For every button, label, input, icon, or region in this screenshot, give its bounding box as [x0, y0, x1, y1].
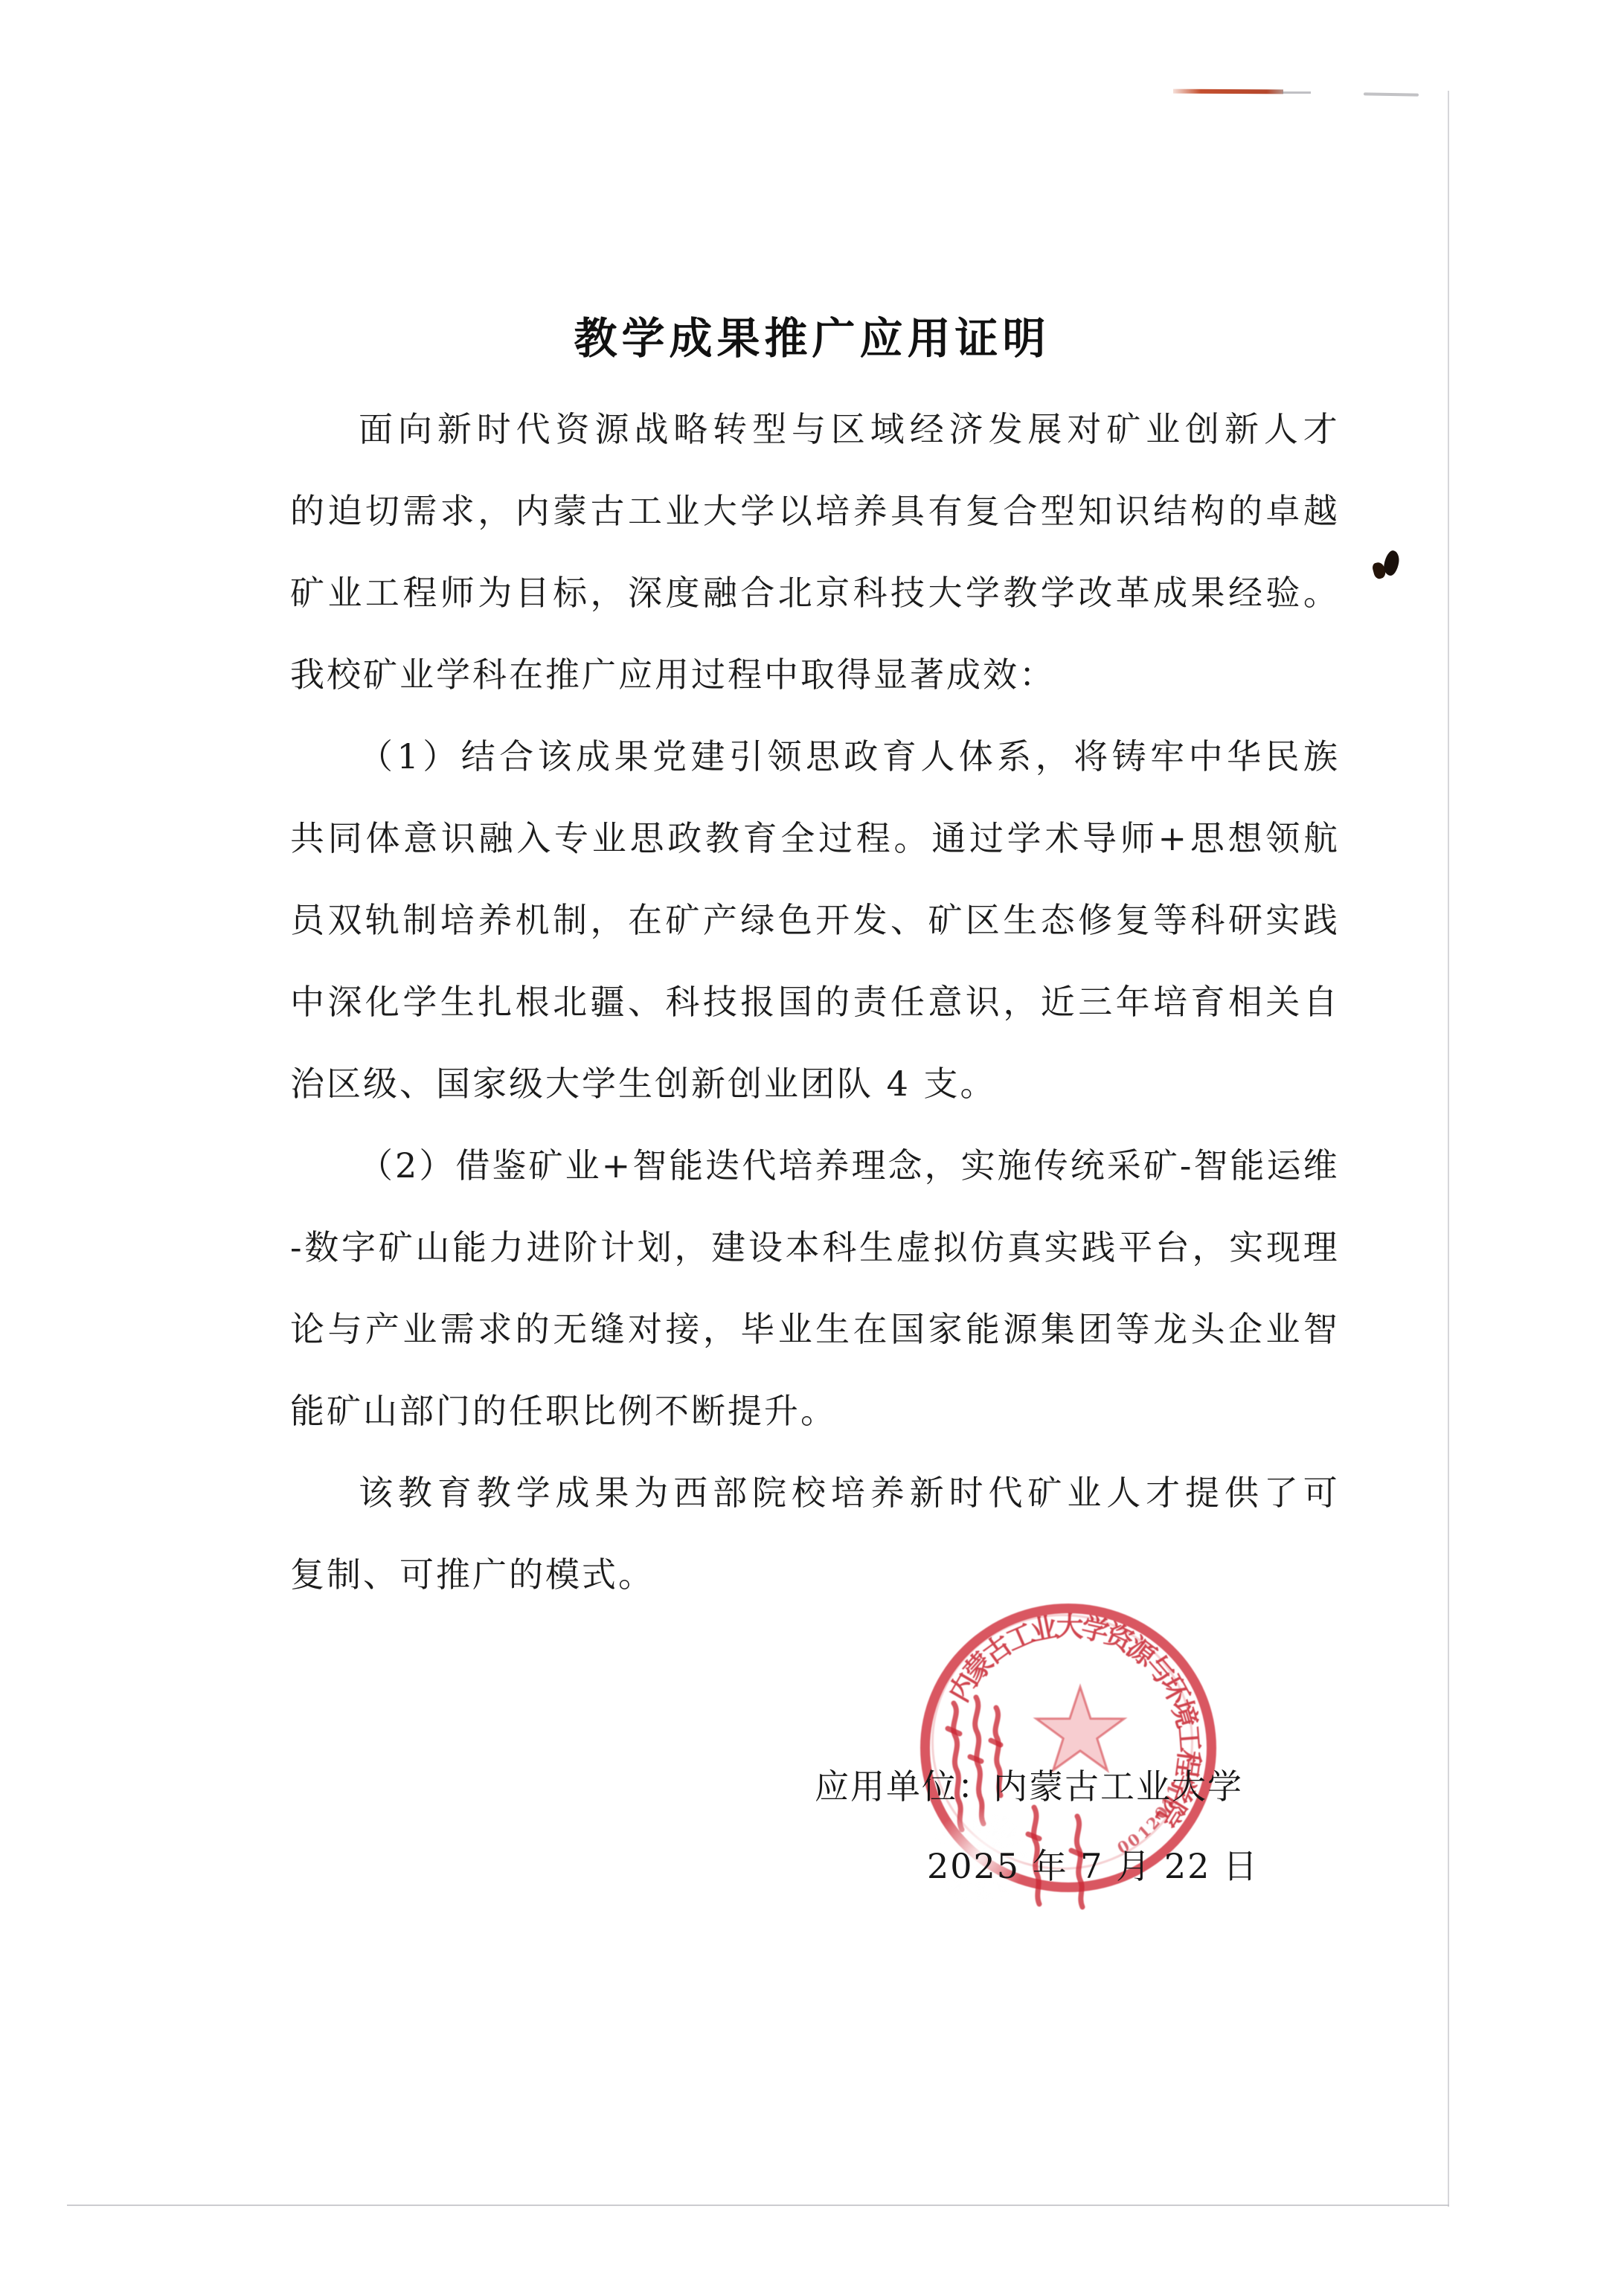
scanned-certificate-page: 教学成果推广应用证明 面向新时代资源战略转型与区域经济发展对矿业创新人才的迫切需…: [0, 0, 1624, 2296]
body-line: 的迫切需求，内蒙古工业大学以培养具有复合型知识结构的卓越: [290, 492, 1338, 530]
body-line: 共同体意识融入专业思政教育全过程。通过学术导师+思想领航: [290, 820, 1338, 858]
document-title: 教学成果推广应用证明: [0, 303, 1624, 366]
body-line: （2）借鉴矿业+智能迭代培养理念，实施传统采矿-智能运维: [359, 1147, 1338, 1185]
signature-date: 2025 年 7 月 22 日: [927, 1839, 1259, 1888]
body-line: 矿业工程师为目标，深度融合北京科技大学教学改革成果经验。: [290, 574, 1338, 612]
ink-speck: [1382, 550, 1401, 577]
body-line: 我校矿业学科在推广应用过程中取得显著成效：: [290, 656, 1338, 694]
body-line: 论与产业需求的无缝对接，毕业生在国家能源集团等龙头企业智: [290, 1311, 1338, 1348]
applying-unit-line: 应用单位：内蒙古工业大学: [815, 1760, 1243, 1809]
scan-artifact-gray-dash: [1364, 92, 1419, 96]
body-line: （1）结合该成果党建引领思政育人体系，将铸牢中华民族: [359, 738, 1338, 776]
scan-artifact-bottom-edge-line: [67, 2205, 1449, 2206]
body-line: 能矿山部门的任职比例不断提升。: [290, 1392, 1338, 1430]
body-line: 中深化学生扎根北疆、科技报国的责任意识，近三年培育相关自: [290, 983, 1338, 1021]
scan-artifact-right-edge-line: [1448, 91, 1449, 2207]
body-line: 该教育教学成果为西部院校培养新时代矿业人才提供了可: [359, 1474, 1338, 1512]
body-line: 员双轨制培养机制，在矿产绿色开发、矿区生态修复等科研实践: [290, 901, 1338, 939]
body-line: -数字矿山能力进阶计划，建设本科生虚拟仿真实践平台，实现理: [290, 1229, 1338, 1267]
scan-artifact-gray-tail: [1283, 91, 1311, 94]
body-line: 治区级、国家级大学生创新创业团队 4 支。: [290, 1065, 1338, 1103]
scan-artifact-red-streak: [1173, 89, 1283, 94]
body-line: 面向新时代资源战略转型与区域经济发展对矿业创新人才: [359, 411, 1338, 448]
